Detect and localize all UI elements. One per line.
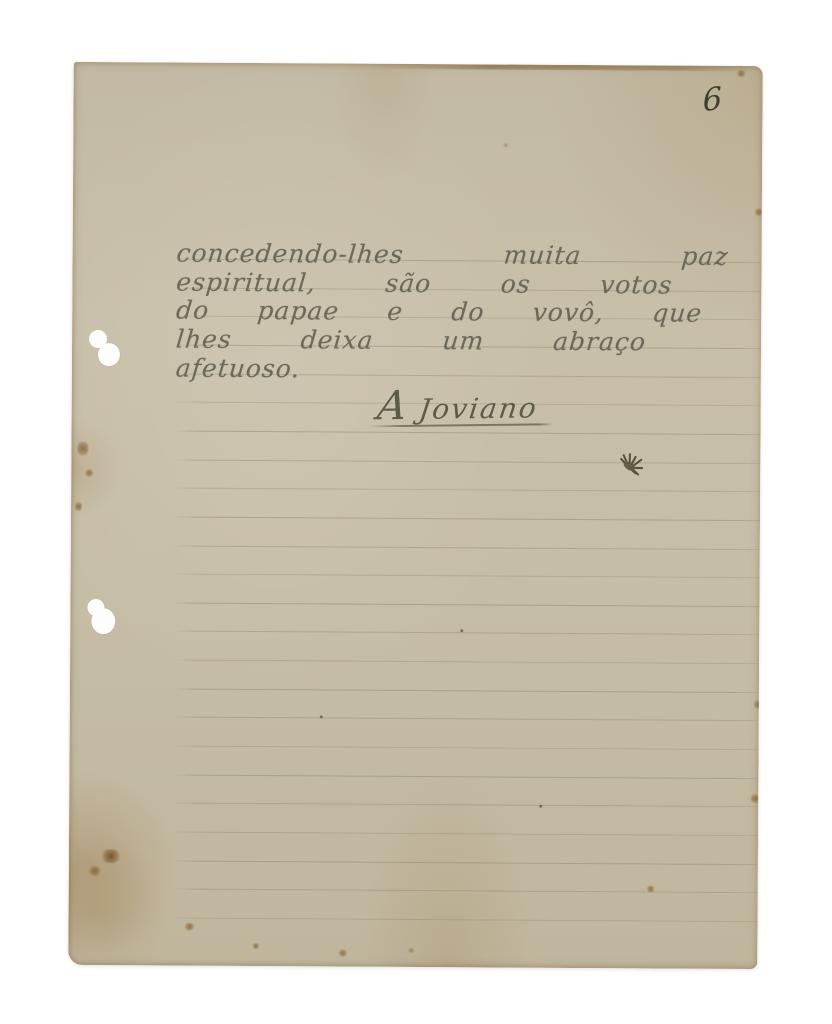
stain-spot (737, 70, 746, 77)
rule-line (171, 832, 758, 837)
stain-spot (750, 794, 760, 803)
rule-line (172, 746, 759, 751)
stain-spot (408, 948, 414, 953)
rule-line (173, 459, 760, 464)
stain-spot (89, 866, 101, 876)
stain-top-edge (374, 64, 754, 71)
page-number: 6 (702, 80, 723, 119)
manuscript-line-2: espiritual, são os votos (175, 269, 674, 300)
rule-line (173, 488, 760, 493)
stain-spot (503, 143, 508, 148)
stain-spot (101, 849, 121, 863)
signature: A Joviano (368, 381, 559, 434)
rule-line (173, 516, 760, 521)
stain-spot (252, 943, 259, 949)
paper-speck (460, 629, 463, 632)
stain-spot (85, 469, 93, 477)
manuscript-line-4: lhes deixa um abraço (175, 326, 648, 357)
rule-line (173, 545, 760, 550)
rule-line (172, 717, 759, 722)
stain-spot (77, 440, 88, 457)
scan-background: 6 concedendo-lhes muita paz espiritual, … (0, 0, 832, 1024)
manuscript-line-3: do papae e do vovô, que (175, 297, 704, 328)
rule-line (171, 860, 758, 865)
manuscript-line-5: afetuoso. (175, 355, 302, 384)
rule-line (172, 660, 759, 665)
punch-hole-bottom (91, 608, 115, 634)
paper-speck (539, 805, 542, 808)
stain-spot (647, 885, 655, 892)
rule-line (171, 889, 758, 894)
rule-line (172, 688, 759, 693)
rule-line (172, 602, 759, 607)
punch-hole-top (98, 343, 120, 366)
stain-spot (755, 208, 763, 216)
stain-spot (338, 950, 347, 957)
paper-speck (320, 715, 323, 718)
rule-line (171, 774, 758, 779)
rule-line (171, 803, 758, 808)
rule-line (172, 631, 759, 636)
stain-spot (75, 501, 82, 512)
rule-line (171, 917, 758, 922)
letter-page: 6 concedendo-lhes muita paz espiritual, … (68, 62, 763, 969)
debris-speck-icon (610, 449, 650, 482)
stain-spot (184, 923, 194, 931)
manuscript-line-1: concedendo-lhes muita paz (175, 240, 730, 271)
stain-spot (754, 700, 763, 709)
rule-line (173, 574, 760, 579)
